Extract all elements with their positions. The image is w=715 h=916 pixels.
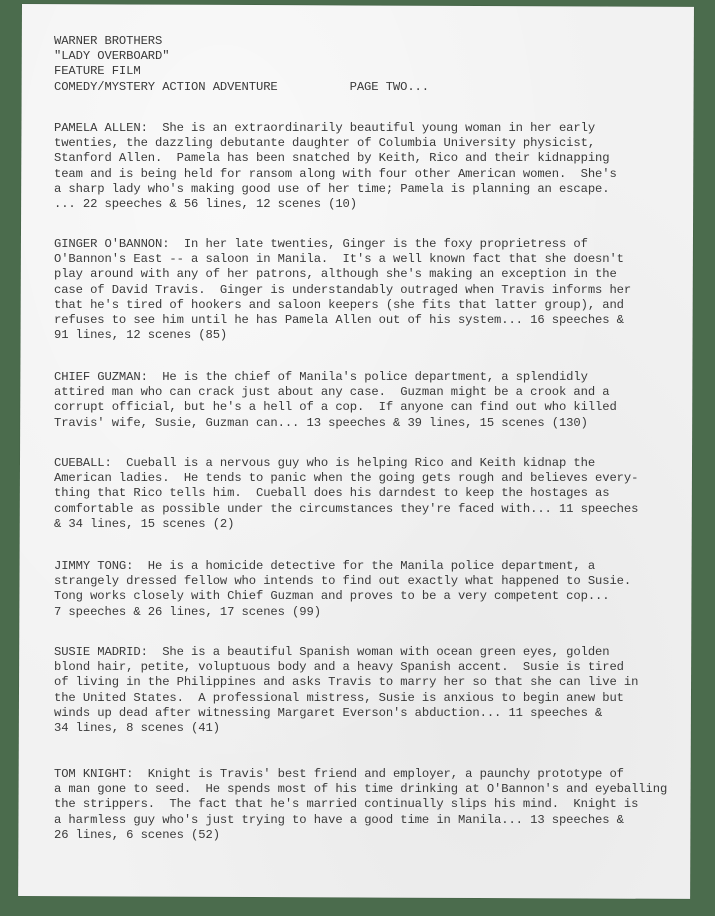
entry-line: a man gone to seed. He spends most of hi… — [54, 782, 714, 797]
entry-line: CHIEF GUZMAN: He is the chief of Manila'… — [54, 370, 714, 385]
page-label: PAGE TWO... — [350, 80, 429, 95]
entry-line: SUSIE MADRID: She is a beautiful Spanish… — [54, 645, 714, 660]
studio-name: WARNER BROTHERS — [54, 34, 429, 49]
entry-line: winds up dead after witnessing Margaret … — [54, 706, 714, 721]
entry-line: TOM KNIGHT: Knight is Travis' best frien… — [54, 767, 714, 782]
entry-line: CUEBALL: Cueball is a nervous guy who is… — [54, 456, 714, 471]
entry-line: PAMELA ALLEN: She is an extraordinarily … — [54, 121, 714, 136]
entry-line: corrupt official, but he's a hell of a c… — [54, 400, 714, 415]
document-header: WARNER BROTHERS "LADY OVERBOARD" FEATURE… — [54, 34, 429, 95]
entry-line: GINGER O'BANNON: In her late twenties, G… — [54, 237, 714, 252]
entry-line: that he's tired of hookers and saloon ke… — [54, 298, 714, 313]
entry-line: team and is being held for ransom along … — [54, 167, 714, 182]
entry-stats: 91 lines, 12 scenes (85) — [54, 328, 714, 343]
entry-line: JIMMY TONG: He is a homicide detective f… — [54, 559, 714, 574]
entry-line: O'Bannon's East -- a saloon in Manila. I… — [54, 252, 714, 267]
entry-line: comfortable as possible under the circum… — [54, 502, 714, 517]
entry-line: a harmless guy who's just trying to have… — [54, 813, 714, 828]
entry-line: blond hair, petite, voluptuous body and … — [54, 660, 714, 675]
entry-stats: ... 22 speeches & 56 lines, 12 scenes (1… — [54, 197, 714, 212]
character-entry-susie-madrid: SUSIE MADRID: She is a beautiful Spanish… — [54, 645, 714, 736]
entry-line: refuses to see him until he has Pamela A… — [54, 313, 714, 328]
entry-line: twenties, the dazzling debutante daughte… — [54, 136, 714, 151]
entry-line: attired man who can crack just about any… — [54, 385, 714, 400]
character-entry-chief-guzman: CHIEF GUZMAN: He is the chief of Manila'… — [54, 370, 714, 431]
entry-line: play around with any of her patrons, alt… — [54, 267, 714, 282]
entry-stats: & 34 lines, 15 scenes (2) — [54, 517, 714, 532]
entry-line: Stanford Allen. Pamela has been snatched… — [54, 151, 714, 166]
entry-line: strangely dressed fellow who intends to … — [54, 574, 714, 589]
entry-stats: 34 lines, 8 scenes (41) — [54, 721, 714, 736]
character-entry-tom-knight: TOM KNIGHT: Knight is Travis' best frien… — [54, 767, 714, 843]
entry-line: thing that Rico tells him. Cueball does … — [54, 486, 714, 501]
entry-stats: 26 lines, 6 scenes (52) — [54, 828, 714, 843]
entry-line: American ladies. He tends to panic when … — [54, 471, 714, 486]
film-title: "LADY OVERBOARD" — [54, 49, 429, 64]
character-entry-ginger-obannon: GINGER O'BANNON: In her late twenties, G… — [54, 237, 714, 343]
entry-line: the United States. A professional mistre… — [54, 691, 714, 706]
entry-line: Tong works closely with Chief Guzman and… — [54, 589, 714, 604]
genre-row: COMEDY/MYSTERY ACTION ADVENTURE PAGE TWO… — [54, 80, 429, 95]
entry-stats: 7 speeches & 26 lines, 17 scenes (99) — [54, 605, 714, 620]
entry-line: a sharp lady who's making good use of he… — [54, 182, 714, 197]
character-entry-jimmy-tong: JIMMY TONG: He is a homicide detective f… — [54, 559, 714, 620]
entry-stats: Travis' wife, Susie, Guzman can... 13 sp… — [54, 416, 714, 431]
character-entry-cueball: CUEBALL: Cueball is a nervous guy who is… — [54, 456, 714, 532]
character-entry-pamela-allen: PAMELA ALLEN: She is an extraordinarily … — [54, 121, 714, 212]
entry-line: the strippers. The fact that he's marrie… — [54, 797, 714, 812]
entry-line: case of David Travis. Ginger is understa… — [54, 283, 714, 298]
film-format: FEATURE FILM — [54, 64, 429, 79]
entry-line: of living in the Philippines and asks Tr… — [54, 675, 714, 690]
film-genre: COMEDY/MYSTERY ACTION ADVENTURE — [54, 80, 278, 95]
